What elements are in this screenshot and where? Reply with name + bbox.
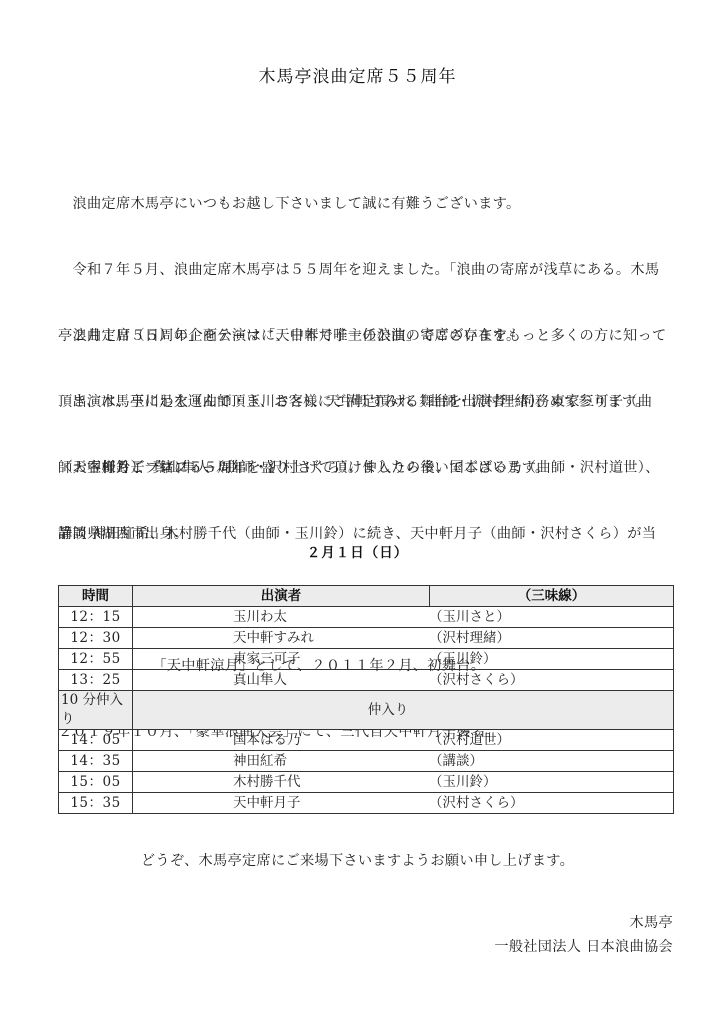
intermission-label-cell: 仲入り xyxy=(133,691,674,730)
shamisen-cell: （玉川鈴） xyxy=(429,650,497,669)
table-row: 15：05 木村勝千代（玉川鈴） xyxy=(59,772,674,793)
performer-cell: 天中軒月子 xyxy=(133,794,429,813)
table-row: 13：25 真山隼人（沢村さくら） xyxy=(59,670,674,691)
program-line: ２月１日（日）の企画公演は「天中軒月子主任公演」でございます。 xyxy=(58,325,688,347)
table-row: 15：35 天中軒月子（沢村さくら） xyxy=(59,793,674,814)
intermission-time-cell: 10 分仲入り xyxy=(59,691,133,730)
page-title: 木馬亭浪曲定席５５周年 xyxy=(0,62,715,87)
table-row: 14：35 神田紅希（講談） xyxy=(59,751,674,772)
performer-cell: 玉川わ太 xyxy=(133,608,429,627)
time-cell: 14：05 xyxy=(59,730,133,751)
intermission-row: 10 分仲入り 仲入り xyxy=(59,691,674,730)
shamisen-cell: （沢村さくら） xyxy=(429,671,524,690)
signature-organization: 一般社団法人 日本浪曲協会 xyxy=(494,935,673,959)
time-cell: 14：35 xyxy=(59,751,133,772)
time-cell: 12：15 xyxy=(59,607,133,628)
performer-cell: 東家三可子 xyxy=(133,650,429,669)
profile-heading: 〈天中軒月子プロフィール〉 xyxy=(58,457,688,479)
schedule-table: 時間 出演者 （三味線） 12：15 玉川わ太（玉川さと） 12：30 天中軒す… xyxy=(58,585,674,814)
performer-cell: 神田紅希 xyxy=(133,752,429,771)
closing-message: どうぞ、木馬亭定席にご来場下さいますようお願い申し上げます。 xyxy=(0,850,715,870)
shamisen-cell: （沢村理緒） xyxy=(429,629,510,648)
performer-cell: 真山隼人 xyxy=(133,671,429,690)
time-cell: 15：35 xyxy=(59,793,133,814)
table-header-row: 時間 出演者 （三味線） xyxy=(59,586,674,607)
shamisen-cell: （玉川さと） xyxy=(429,608,510,627)
time-cell: 13：25 xyxy=(59,670,133,691)
table-row: 12：55 東家三可子（玉川鈴） xyxy=(59,649,674,670)
intro-line: 令和７年５月、浪曲定席木馬亭は５５周年を迎えました。「浪曲の寄席が浅草にある。木… xyxy=(58,259,688,281)
shamisen-cell: （玉川鈴） xyxy=(429,773,497,792)
table-row: 12：15 玉川わ太（玉川さと） xyxy=(59,607,674,628)
intro-line: 浪曲定席木馬亭にいつもお越し下さいまして誠に有難うございます。 xyxy=(58,193,688,215)
program-line: 出演は、玉川わ太（曲師・玉川さと）、天中軒すみれ（曲師・沢村理緒）、東家三可子（… xyxy=(58,391,688,413)
time-cell: 12：30 xyxy=(59,628,133,649)
shamisen-cell: （講談） xyxy=(429,752,483,771)
performer-cell: 国本はる乃 xyxy=(133,731,429,750)
shamisen-cell: （沢村さくら） xyxy=(429,794,524,813)
signature-venue: 木馬亭 xyxy=(494,911,673,935)
schedule-date-heading: ２月１日（日） xyxy=(0,541,715,561)
header-time: 時間 xyxy=(59,586,133,607)
table-row: 12：30 天中軒すみれ（沢村理緒） xyxy=(59,628,674,649)
shamisen-cell: （沢村道世） xyxy=(429,731,510,750)
signature-block: 木馬亭 一般社団法人 日本浪曲協会 xyxy=(494,911,673,959)
time-cell: 15：05 xyxy=(59,772,133,793)
performer-cell: 天中軒すみれ xyxy=(133,629,429,648)
header-performer: 出演者 xyxy=(133,586,430,607)
time-cell: 12：55 xyxy=(59,649,133,670)
performer-cell: 木村勝千代 xyxy=(133,773,429,792)
table-row: 14：05 国本はる乃（沢村道世） xyxy=(59,730,674,751)
header-shamisen: （三味線） xyxy=(430,586,674,607)
